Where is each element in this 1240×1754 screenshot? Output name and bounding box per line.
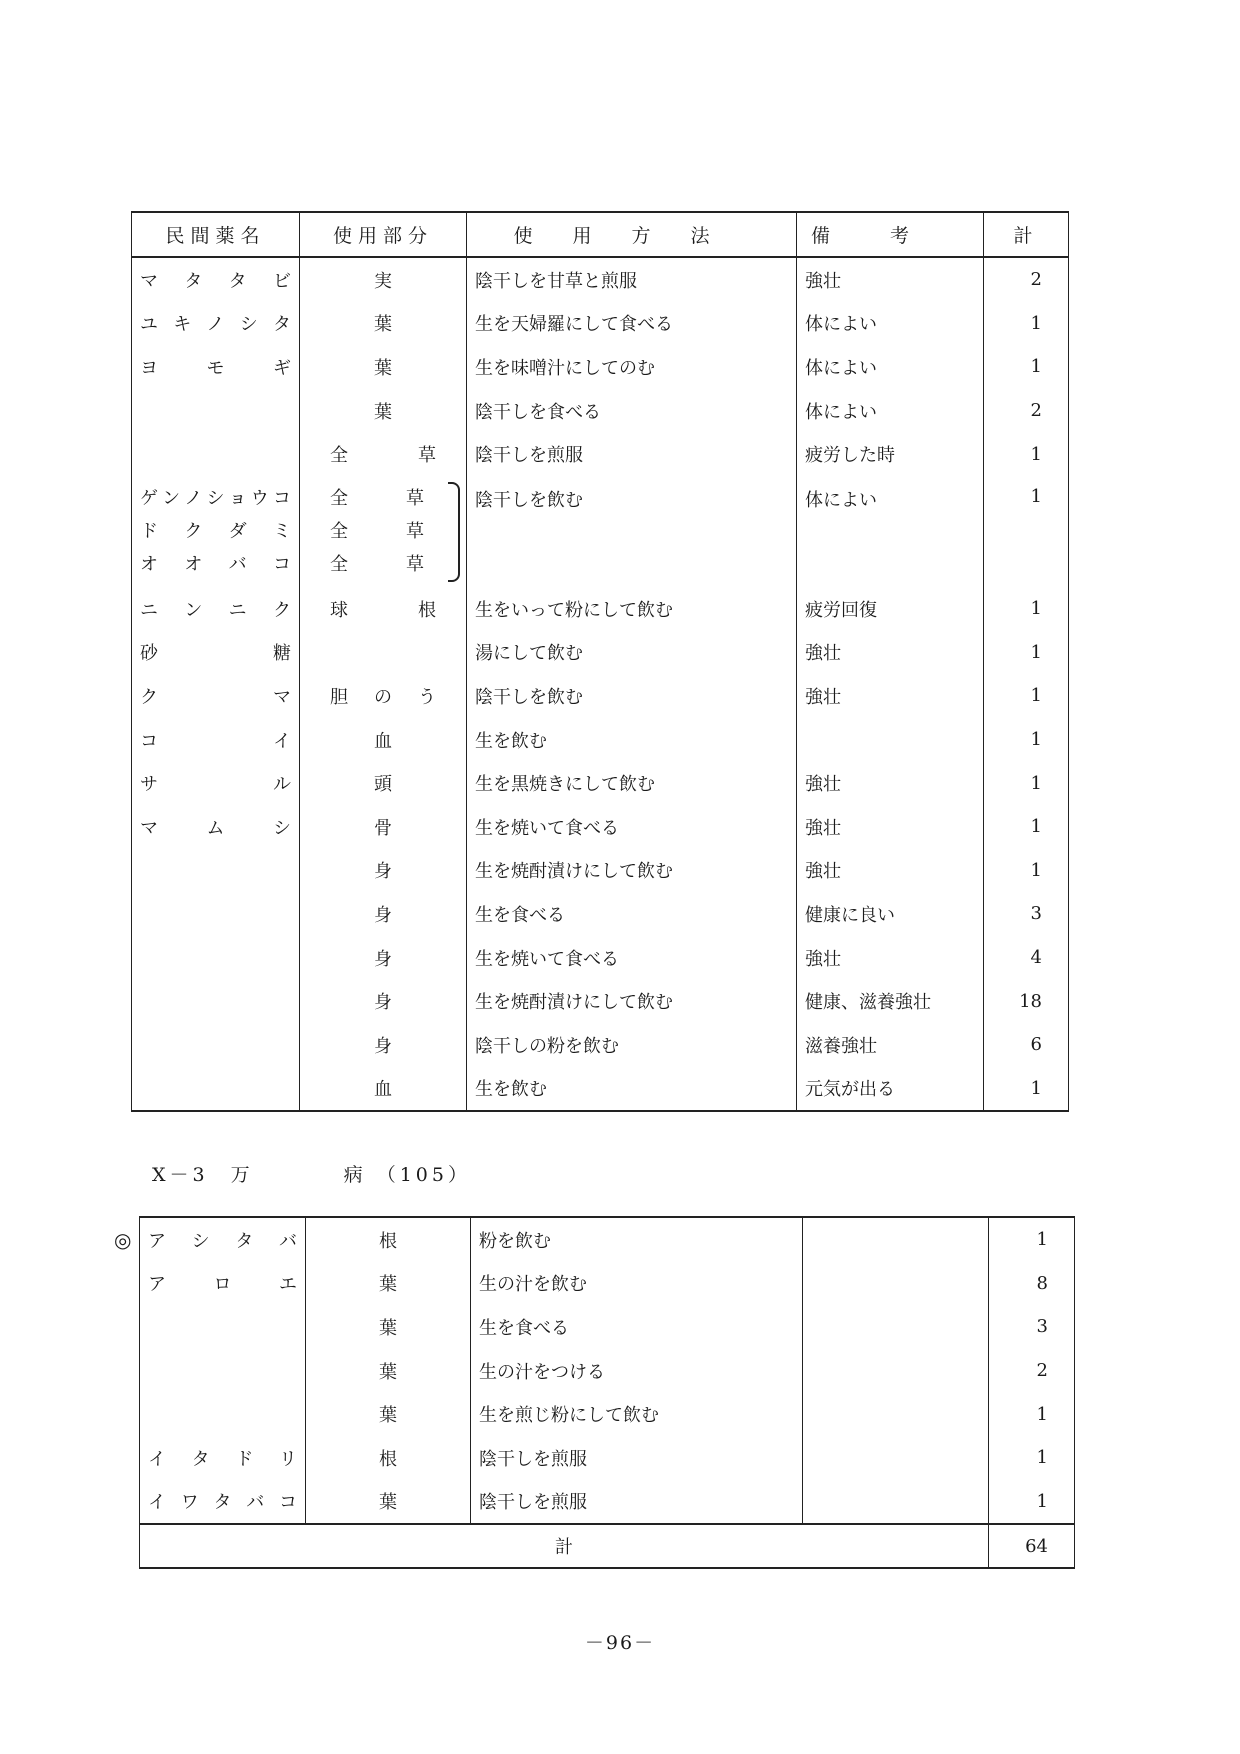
remarks: 強壮	[797, 761, 984, 805]
folk-medicine-name: オオバコ	[140, 548, 291, 581]
count: 6	[984, 1023, 1069, 1067]
part-used-char: の	[374, 683, 392, 709]
part-used-char: 胆	[330, 683, 348, 709]
part-used: 葉	[300, 345, 467, 389]
folk-medicine-name: イタドリ	[140, 1436, 306, 1480]
folk-medicine-name-char: ル	[273, 770, 291, 796]
folk-medicine-name-char: バ	[279, 1227, 297, 1253]
folk-medicine-name-char: ア	[148, 1227, 166, 1253]
usage-method: 粉を飲む	[471, 1217, 803, 1262]
usage-method: 陰干しを煎服	[471, 1480, 803, 1525]
table-row: 身生を焼酎漬けにして飲む強壮1	[132, 849, 1069, 893]
folk-medicine-name-char: コ	[273, 548, 291, 581]
usage-method: 陰干しの粉を飲む	[467, 1023, 797, 1067]
folk-medicine-name	[132, 1067, 300, 1112]
count: 3	[989, 1305, 1075, 1349]
part-used-char: 根	[418, 596, 436, 622]
remarks: 体によい	[797, 389, 984, 433]
remarks: 強壮	[797, 805, 984, 849]
header-folk-medicine-name: 民間薬名	[132, 212, 300, 257]
part-used: 全草	[308, 515, 458, 548]
table-row: 身生を食べる健康に良い3	[132, 892, 1069, 936]
part-used-char: 葉	[374, 398, 392, 424]
table-row: 身生を焼酎漬けにして飲む健康、滋養強壮18	[132, 979, 1069, 1023]
usage-method: 生を黒焼きにして飲む	[467, 761, 797, 805]
table-row: 血生を飲む元気が出る1	[132, 1067, 1069, 1112]
usage-method: 生を天婦羅にして食べる	[467, 302, 797, 346]
folk-medicine-name	[132, 892, 300, 936]
section-count: （105）	[377, 1164, 471, 1186]
folk-medicine-name-char: 糖	[273, 639, 291, 665]
part-used-char: 全	[330, 441, 348, 467]
usage-method: 生を飲む	[467, 718, 797, 762]
count: 2	[989, 1349, 1075, 1393]
folk-medicine-name	[132, 1023, 300, 1067]
table-row: ニンニク球根生をいって粉にして飲む疲労回復1	[132, 587, 1069, 631]
folk-medicine-name: イワタバコ	[140, 1480, 306, 1525]
usage-method: 生の汁をつける	[471, 1349, 803, 1393]
count: 1	[984, 345, 1069, 389]
folk-medicine-name-char: エ	[279, 1270, 297, 1296]
folk-medicine-name-char: タ	[192, 1445, 210, 1471]
folk-medicine-name: ニンニク	[132, 587, 300, 631]
part-used-char: 葉	[374, 310, 392, 336]
folk-medicine-name-char: キ	[173, 310, 191, 336]
count: 1	[984, 718, 1069, 762]
folk-medicine-name-char: ニ	[229, 596, 247, 622]
part-used: 葉	[306, 1392, 471, 1436]
folk-medicine-name-char: モ	[207, 354, 225, 380]
count: 1	[984, 587, 1069, 631]
part-used-char: 実	[374, 267, 392, 293]
part-used: 身	[300, 849, 467, 893]
folk-medicine-name-char: ク	[140, 683, 158, 709]
table-row-group: ゲンノショウコドクダミオオバコ全草全草全草陰干しを飲む体によい1	[132, 476, 1069, 587]
remarks: 強壮	[797, 674, 984, 718]
count: 1	[989, 1392, 1075, 1436]
remedy-table-1: 民間薬名 使用部分 使用方法 備考 計 マタタビ実陰干しを甘草と煎服強壮2ユキノ…	[131, 211, 1069, 1112]
table-row: ユキノシタ葉生を天婦羅にして食べる体によい1	[132, 302, 1069, 346]
table-row: 葉生を煎じ粉にして飲む1	[140, 1392, 1075, 1436]
table-row: コイ血生を飲む1	[132, 718, 1069, 762]
part-used	[300, 631, 467, 675]
usage-method: 湯にして飲む	[467, 631, 797, 675]
usage-method: 生を味噌汁にしてのむ	[467, 345, 797, 389]
remarks	[803, 1262, 989, 1306]
folk-medicine-name-char: ク	[184, 515, 202, 548]
folk-medicine-name	[140, 1349, 306, 1393]
part-used: 胆のう	[300, 674, 467, 718]
part-used: 血	[300, 718, 467, 762]
usage-method: 生を食べる	[471, 1305, 803, 1349]
table-row: アロエ葉生の汁を飲む8	[140, 1262, 1075, 1306]
folk-medicine-name-char: マ	[273, 683, 291, 709]
folk-medicine-name-group: ゲンノショウコドクダミオオバコ	[132, 476, 300, 587]
table-row: クマ胆のう陰干しを飲む強壮1	[132, 674, 1069, 718]
count: 3	[984, 892, 1069, 936]
folk-medicine-name-char: シ	[273, 814, 291, 840]
double-circle-mark-icon: ◎	[114, 1228, 131, 1252]
part-used: 葉	[306, 1305, 471, 1349]
part-used-char: 全	[330, 548, 348, 581]
folk-medicine-name	[132, 389, 300, 433]
header-remarks: 備考	[797, 212, 984, 257]
remarks: 健康に良い	[797, 892, 984, 936]
folk-medicine-name-char: タ	[273, 310, 291, 336]
part-used: 身	[300, 936, 467, 980]
folk-medicine-name: クマ	[132, 674, 300, 718]
part-used-char: 草	[406, 482, 424, 515]
folk-medicine-name-char: シ	[240, 310, 258, 336]
table-row: イタドリ根陰干しを煎服1	[140, 1436, 1075, 1480]
usage-method: 陰干しを煎服	[467, 432, 797, 476]
count: 1	[989, 1436, 1075, 1480]
remarks: 疲労回復	[797, 587, 984, 631]
count: 1	[984, 432, 1069, 476]
count: 1	[984, 302, 1069, 346]
part-used-char: 身	[374, 945, 392, 971]
part-used-char: 草	[406, 515, 424, 548]
usage-method: 生を食べる	[467, 892, 797, 936]
table-row: 身陰干しの粉を飲む滋養強壮6	[132, 1023, 1069, 1067]
part-used: 全草	[308, 548, 458, 581]
remarks: 健康、滋養強壮	[797, 979, 984, 1023]
folk-medicine-name: マタタビ	[132, 257, 300, 302]
folk-medicine-name-char: シ	[192, 1227, 210, 1253]
remarks: 滋養強壮	[797, 1023, 984, 1067]
folk-medicine-name-char: ョ	[229, 482, 247, 515]
section-title-a: 万	[231, 1164, 254, 1186]
part-used-char: 草	[418, 441, 436, 467]
folk-medicine-name-char: ユ	[140, 310, 158, 336]
table-row: アシタバ根粉を飲む1	[140, 1217, 1075, 1262]
header-usage-method: 使用方法	[467, 212, 797, 257]
table-row: イワタバコ葉陰干しを煎服1	[140, 1480, 1075, 1525]
folk-medicine-name-char: シ	[206, 482, 224, 515]
part-used: 身	[300, 892, 467, 936]
folk-medicine-name	[140, 1392, 306, 1436]
table-row: 全草陰干しを煎服疲労した時1	[132, 432, 1069, 476]
folk-medicine-name-char: タ	[214, 1488, 232, 1514]
part-used-char: 球	[330, 596, 348, 622]
usage-method: 陰干しを飲む	[467, 674, 797, 718]
folk-medicine-name-char: ド	[140, 515, 158, 548]
folk-medicine-name-char: マ	[140, 814, 158, 840]
part-used: 全草	[308, 482, 458, 515]
usage-method: 生を焼酎漬けにして飲む	[467, 849, 797, 893]
part-used: 根	[306, 1217, 471, 1262]
part-used: 身	[300, 1023, 467, 1067]
folk-medicine-name-char: イ	[148, 1445, 166, 1471]
folk-medicine-name: ヨモギ	[132, 345, 300, 389]
remarks: 体によい	[797, 476, 984, 587]
remarks: 強壮	[797, 849, 984, 893]
right-brace-icon	[448, 482, 460, 582]
remarks: 強壮	[797, 631, 984, 675]
folk-medicine-name-char: バ	[229, 548, 247, 581]
table-row: 葉陰干しを食べる体によい2	[132, 389, 1069, 433]
folk-medicine-name-char: タ	[184, 267, 202, 293]
folk-medicine-name-char: リ	[279, 1445, 297, 1471]
folk-medicine-name	[132, 936, 300, 980]
folk-medicine-name-char: コ	[279, 1488, 297, 1514]
remarks	[803, 1436, 989, 1480]
remarks	[797, 718, 984, 762]
table-row: サル頭生を黒焼きにして飲む強壮1	[132, 761, 1069, 805]
count: 1	[984, 674, 1069, 718]
folk-medicine-name-char: タ	[229, 267, 247, 293]
remarks	[803, 1480, 989, 1525]
header-part-used: 使用部分	[300, 212, 467, 257]
folk-medicine-name-char: サ	[140, 770, 158, 796]
usage-method: 生の汁を飲む	[471, 1262, 803, 1306]
count: 1	[984, 1067, 1069, 1112]
part-used: 葉	[306, 1480, 471, 1525]
part-used: 骨	[300, 805, 467, 849]
table-row: ヨモギ葉生を味噌汁にしてのむ体によい1	[132, 345, 1069, 389]
table-row: 身生を焼いて食べる強壮4	[132, 936, 1069, 980]
folk-medicine-name-char: ワ	[181, 1488, 199, 1514]
count: 1	[984, 805, 1069, 849]
header-count: 計	[984, 212, 1069, 257]
usage-method: 生を飲む	[467, 1067, 797, 1112]
section-heading: X－3万病 （105）	[152, 1160, 471, 1187]
part-used-char: 血	[374, 727, 392, 753]
folk-medicine-name-char: ロ	[214, 1270, 232, 1296]
usage-method: 陰干しを煎服	[471, 1436, 803, 1480]
part-used-char: 骨	[374, 814, 392, 840]
count: 1	[984, 476, 1069, 587]
remarks: 体によい	[797, 302, 984, 346]
part-used-char: 葉	[374, 354, 392, 380]
count: 1	[984, 849, 1069, 893]
folk-medicine-name-char: コ	[140, 727, 158, 753]
part-used-char: 身	[374, 901, 392, 927]
part-used-char: 全	[330, 482, 348, 515]
remarks	[803, 1349, 989, 1393]
folk-medicine-name-char: オ	[140, 548, 158, 581]
usage-method: 生を焼いて食べる	[467, 936, 797, 980]
folk-medicine-name: ユキノシタ	[132, 302, 300, 346]
count: 2	[984, 389, 1069, 433]
folk-medicine-name-char: バ	[246, 1488, 264, 1514]
table-row: 砂糖湯にして飲む強壮1	[132, 631, 1069, 675]
part-used-char: 身	[374, 857, 392, 883]
part-used-char: 身	[374, 988, 392, 1014]
folk-medicine-name-char: ム	[207, 814, 225, 840]
folk-medicine-name: アシタバ	[140, 1217, 306, 1262]
part-used: 球根	[300, 587, 467, 631]
folk-medicine-name: マムシ	[132, 805, 300, 849]
folk-medicine-name-char: ノ	[207, 310, 225, 336]
part-used: 葉	[306, 1262, 471, 1306]
folk-medicine-name-char: ン	[184, 596, 202, 622]
part-used-char: 血	[374, 1075, 392, 1101]
usage-method: 生をいって粉にして飲む	[467, 587, 797, 631]
section-number: X－3	[152, 1164, 209, 1186]
folk-medicine-name	[132, 979, 300, 1023]
folk-medicine-name-char: ビ	[273, 267, 291, 293]
page-number: －96－	[0, 1628, 1240, 1655]
remarks: 元気が出る	[797, 1067, 984, 1112]
usage-method: 生を煎じ粉にして飲む	[471, 1392, 803, 1436]
part-used-char: 身	[374, 1032, 392, 1058]
total-row: 計 64	[140, 1524, 1075, 1568]
total-label: 計	[140, 1524, 989, 1568]
part-used: 全草	[300, 432, 467, 476]
folk-medicine-name-char: ダ	[229, 515, 247, 548]
count: 1	[984, 761, 1069, 805]
total-value: 64	[989, 1524, 1075, 1568]
folk-medicine-name-char: ア	[148, 1270, 166, 1296]
part-used: 葉	[306, 1349, 471, 1393]
section-title-b: 病	[344, 1164, 367, 1186]
folk-medicine-name: ゲンノショウコ	[140, 482, 291, 515]
folk-medicine-name-char: ド	[235, 1445, 253, 1471]
folk-medicine-name-char: ノ	[184, 482, 202, 515]
part-used-char: 頭	[374, 770, 392, 796]
folk-medicine-name-char: ク	[273, 596, 291, 622]
remarks	[803, 1392, 989, 1436]
remarks: 強壮	[797, 936, 984, 980]
folk-medicine-name-char: マ	[140, 267, 158, 293]
count: 2	[984, 257, 1069, 302]
remarks: 強壮	[797, 257, 984, 302]
folk-medicine-name-char: イ	[148, 1488, 166, 1514]
count: 8	[989, 1262, 1075, 1306]
folk-medicine-name: コイ	[132, 718, 300, 762]
part-used: 根	[306, 1436, 471, 1480]
folk-medicine-name-char: タ	[235, 1227, 253, 1253]
folk-medicine-name-char: イ	[273, 727, 291, 753]
folk-medicine-name-char: ヨ	[140, 354, 158, 380]
folk-medicine-name-char: ニ	[140, 596, 158, 622]
part-used: 葉	[300, 389, 467, 433]
remarks	[803, 1305, 989, 1349]
folk-medicine-name: ドクダミ	[140, 515, 291, 548]
part-used-char: 全	[330, 515, 348, 548]
part-used: 身	[300, 979, 467, 1023]
count: 4	[984, 936, 1069, 980]
part-used-group: 全草全草全草	[300, 476, 467, 587]
usage-method: 陰干しを飲む	[467, 476, 797, 587]
table-row: 葉生の汁をつける2	[140, 1349, 1075, 1393]
count: 1	[989, 1217, 1075, 1262]
count: 1	[984, 631, 1069, 675]
table-row: マタタビ実陰干しを甘草と煎服強壮2	[132, 257, 1069, 302]
part-used: 実	[300, 257, 467, 302]
table-row: マムシ骨生を焼いて食べる強壮1	[132, 805, 1069, 849]
folk-medicine-name	[132, 432, 300, 476]
table-header-row: 民間薬名 使用部分 使用方法 備考 計	[132, 212, 1069, 257]
folk-medicine-name-char: コ	[273, 482, 291, 515]
part-used-char: う	[418, 683, 436, 709]
folk-medicine-name-char: ギ	[273, 354, 291, 380]
folk-medicine-name	[140, 1305, 306, 1349]
remarks: 疲労した時	[797, 432, 984, 476]
part-used-char: 草	[406, 548, 424, 581]
remarks	[803, 1217, 989, 1262]
remarks: 体によい	[797, 345, 984, 389]
usage-method: 生を焼いて食べる	[467, 805, 797, 849]
folk-medicine-name: アロエ	[140, 1262, 306, 1306]
count: 18	[984, 979, 1069, 1023]
part-used: 血	[300, 1067, 467, 1112]
usage-method: 陰干しを食べる	[467, 389, 797, 433]
folk-medicine-name-char: ウ	[251, 482, 269, 515]
folk-medicine-name-char: オ	[184, 548, 202, 581]
folk-medicine-name: サル	[132, 761, 300, 805]
count: 1	[989, 1480, 1075, 1525]
folk-medicine-name: 砂糖	[132, 631, 300, 675]
folk-medicine-name-char: ン	[162, 482, 180, 515]
table-row: 葉生を食べる3	[140, 1305, 1075, 1349]
folk-medicine-name-char: ゲ	[140, 482, 158, 515]
part-used: 頭	[300, 761, 467, 805]
folk-medicine-name-char: 砂	[140, 639, 158, 665]
usage-method: 生を焼酎漬けにして飲む	[467, 979, 797, 1023]
usage-method: 陰干しを甘草と煎服	[467, 257, 797, 302]
folk-medicine-name-char: ミ	[273, 515, 291, 548]
remedy-table-2: アシタバ根粉を飲む1アロエ葉生の汁を飲む8葉生を食べる3葉生の汁をつける2葉生を…	[139, 1216, 1075, 1569]
part-used: 葉	[300, 302, 467, 346]
folk-medicine-name	[132, 849, 300, 893]
